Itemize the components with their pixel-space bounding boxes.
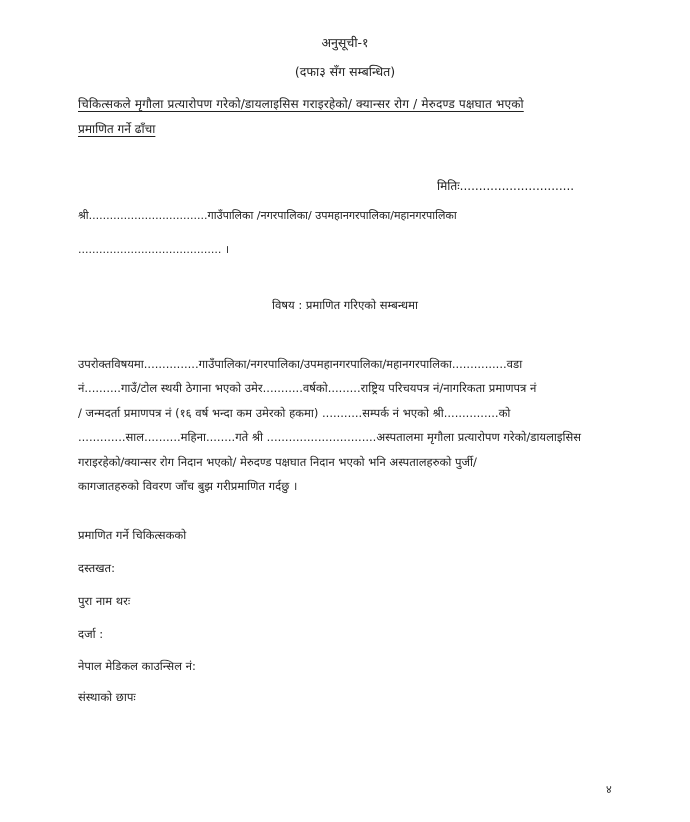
designation-field: दर्जा :: [78, 627, 103, 642]
institution-stamp-field: संस्थाको छापः: [78, 690, 136, 705]
body-line: उपरोक्तविषयमा...............गाउँपालिका/न…: [78, 352, 626, 376]
body-line: .............साल..........महिना........ग…: [78, 425, 626, 449]
full-name-field: पुरा नाम थरः: [78, 594, 130, 609]
page-number: ४: [606, 782, 612, 797]
addressee-line-2: ........................................…: [78, 242, 229, 257]
signature-heading: प्रमाणित गर्ने चिकित्सकको: [78, 528, 186, 543]
body-line: कागजातहरुको विवरण जाँच बुझ गरीप्रमाणित ग…: [78, 474, 626, 498]
body-line: गराइरहेको/क्यान्सर रोग निदान भएको/ मेरुद…: [78, 450, 626, 474]
addressee-line-1: श्री..................................गा…: [78, 208, 457, 223]
form-title-line-1: चिकित्सकले मृगौला प्रत्यारोपण गरेको/डायल…: [78, 95, 524, 112]
body-line: नं..........गाउँ/टोल स्थयी ठेगाना भएको उ…: [78, 376, 626, 400]
schedule-heading: अनुसूची-१: [0, 34, 690, 51]
form-title-line-2: प्रमाणित गर्ने ढाँचा: [78, 120, 155, 137]
section-reference: (दफा३ सँग सम्बन्धित): [0, 63, 690, 80]
signature-field: दस्तखत:: [78, 561, 115, 576]
date-field: मितिः..............................: [437, 177, 574, 194]
nmc-number-field: नेपाल मेडिकल काउन्सिल नं:: [78, 659, 196, 674]
subject-line: विषय : प्रमाणित गरिएको सम्बन्धमा: [0, 298, 690, 313]
body-line: / जन्मदर्ता प्रमाणपत्र नं (१६ वर्ष भन्दा…: [78, 401, 626, 425]
body-paragraph: उपरोक्तविषयमा...............गाउँपालिका/न…: [78, 352, 626, 498]
